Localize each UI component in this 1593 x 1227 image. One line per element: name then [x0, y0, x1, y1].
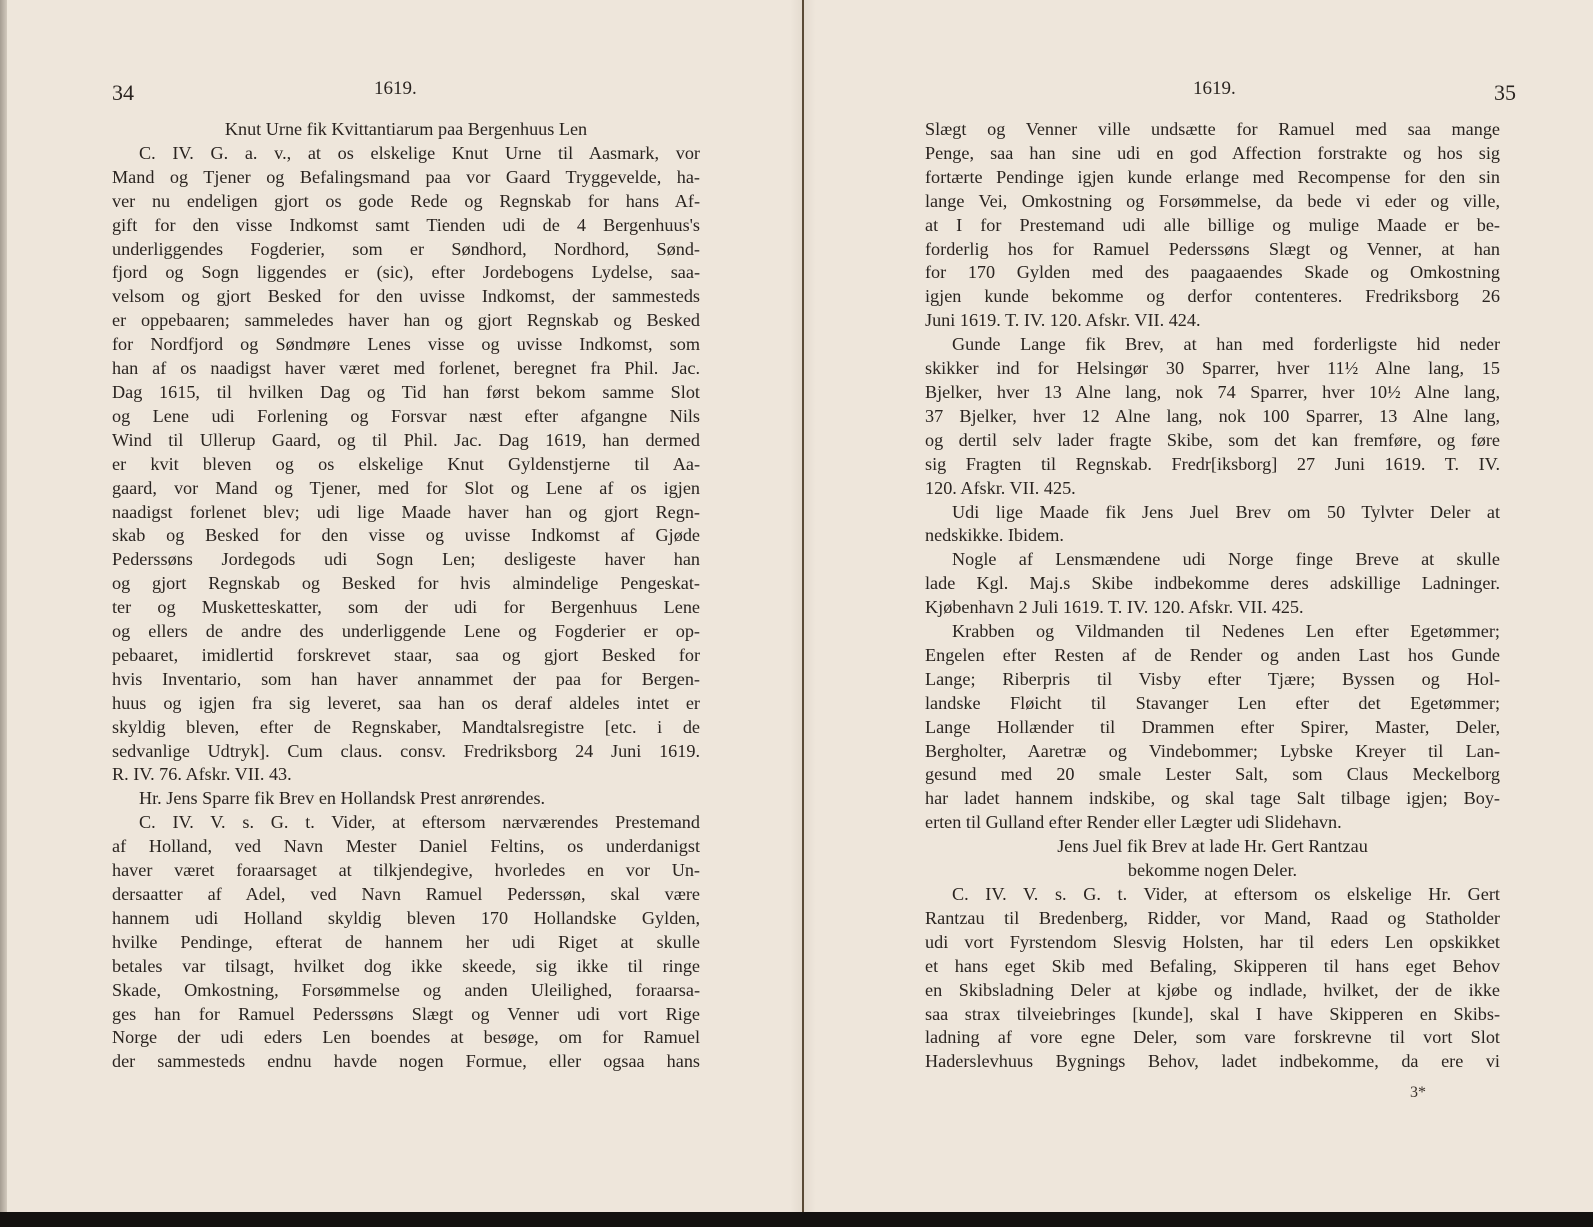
text-line: Gunde Lange fik Brev, at han med forderl… — [925, 333, 1500, 357]
text-line: skyldig bleven, efter de Regnskaber, Man… — [112, 716, 700, 740]
text-line: haver været foraarsaget at tilkjendegive… — [112, 859, 700, 883]
text-line: ladning af vore egne Deler, som vare for… — [925, 1026, 1500, 1050]
text-line: hvis Inventario, som han haver annammet … — [112, 668, 700, 692]
scan-bottom-edge — [0, 1212, 1593, 1227]
text-line: hannem udi Holland skyldig bleven 170 Ho… — [112, 907, 700, 931]
text-line: gaard, vor Mand og Tjener, med for Slot … — [112, 477, 700, 501]
text-line: Jens Juel fik Brev at lade Hr. Gert Rant… — [925, 835, 1500, 859]
text-line: Juni 1619. T. IV. 120. Afskr. VII. 424. — [925, 309, 1500, 333]
text-line: sedvanlige Udtryk]. Cum claus. consv. Fr… — [112, 740, 700, 764]
text-line: erten til Gulland efter Render eller Læg… — [925, 811, 1500, 835]
text-line: Hr. Jens Sparre fik Brev en Hollandsk Pr… — [112, 787, 700, 811]
page-edge — [0, 0, 7, 1212]
text-line: 37 Bjelker, hver 12 Alne lang, nok 100 S… — [925, 405, 1500, 429]
text-line: C. IV. G. a. v., at os elskelige Knut Ur… — [112, 142, 700, 166]
text-line: Bjelker, hver 13 Alne lang, nok 74 Sparr… — [925, 381, 1500, 405]
text-line: ter og Musketteskatter, som der udi for … — [112, 596, 700, 620]
text-line: betales var tilsagt, hvilket dog ikke sk… — [112, 955, 700, 979]
text-line: lange Vei, Omkostning og Forsømmelse, da… — [925, 190, 1500, 214]
text-line: igjen kunde bekomme og derfor contentere… — [925, 285, 1500, 309]
text-line: og dertil selv lader fragte Skibe, som d… — [925, 429, 1500, 453]
text-line: for Nordfjord og Søndmøre Lenes visse og… — [112, 333, 700, 357]
text-line: Mand og Tjener og Befalingsmand paa vor … — [112, 166, 700, 190]
text-line: har ladet hannem indskibe, og skal tage … — [925, 787, 1500, 811]
text-line: en Skibsladning Deler at kjøbe og indlad… — [925, 979, 1500, 1003]
text-line: Lange; Riberpris til Visby efter Tjære; … — [925, 668, 1500, 692]
text-line: og gjort Regnskab og Besked for hvis alm… — [112, 572, 700, 596]
text-line: Krabben og Vildmanden til Nedenes Len ef… — [925, 620, 1500, 644]
text-line: at I for Prestemand udi alle billige og … — [925, 214, 1500, 238]
text-line: Bergholter, Aaretræ og Vindebommer; Lybs… — [925, 740, 1500, 764]
text-line: Engelen efter Resten af de Render og and… — [925, 644, 1500, 668]
text-line: udi vort Fyrstendom Slesvig Holsten, har… — [925, 931, 1500, 955]
text-line: sig Fragten til Regnskab. Fredr[iksborg]… — [925, 453, 1500, 477]
left-page: 34 1619. Knut Urne fik Kvittantiarum paa… — [112, 78, 700, 1074]
text-line: underliggendes Fogderier, som er Søndhor… — [112, 238, 700, 262]
text-line: velsom og gjort Besked for den uvisse In… — [112, 285, 700, 309]
text-line: Udi lige Maade fik Jens Juel Brev om 50 … — [925, 501, 1500, 525]
text-line: Pederssøns Jordegods udi Sogn Len; desli… — [112, 548, 700, 572]
text-line: Haderslevhuus Bygnings Behov, ladet indb… — [925, 1050, 1500, 1074]
book-gutter — [802, 0, 804, 1212]
text-line: Nogle af Lensmændene udi Norge finge Bre… — [925, 548, 1500, 572]
text-line: Kjøbenhavn 2 Juli 1619. T. IV. 120. Afsk… — [925, 596, 1500, 620]
text-line: skikker ind for Helsingør 30 Sparrer, hv… — [925, 357, 1500, 381]
text-line: gift for den visse Indkomst samt Tienden… — [112, 214, 700, 238]
text-line: C. IV. V. s. G. t. Vider, at eftersom os… — [925, 883, 1500, 907]
text-line: saa strax tilveiebringes [kunde], skal I… — [925, 1003, 1500, 1027]
text-line: Knut Urne fik Kvittantiarum paa Bergenhu… — [112, 118, 700, 142]
text-line: af Holland, ved Navn Mester Daniel Felti… — [112, 835, 700, 859]
text-line: Slægt og Venner ville undsætte for Ramue… — [925, 118, 1500, 142]
text-line: dersaatter af Adel, ved Navn Ramuel Pede… — [112, 883, 700, 907]
text-line: C. IV. V. s. G. t. Vider, at eftersom næ… — [112, 811, 700, 835]
running-head-year: 1619. — [374, 78, 417, 100]
text-line: er kvit bleven og os elskelige Knut Gyld… — [112, 453, 700, 477]
text-line: han af os naadigst haver været med forle… — [112, 357, 700, 381]
text-line: huus og igjen fra sig leveret, saa han o… — [112, 692, 700, 716]
text-line: landske Fløicht til Stavanger Len efter … — [925, 692, 1500, 716]
text-line: gesund med 20 smale Lester Salt, som Cla… — [925, 763, 1500, 787]
text-line: ges han for Ramuel Pederssøns Slægt og V… — [112, 1003, 700, 1027]
text-line: Rantzau til Bredenberg, Ridder, vor Mand… — [925, 907, 1500, 931]
text-line: lade Kgl. Maj.s Skibe indbekomme deres a… — [925, 572, 1500, 596]
text-line: fjord og Sogn liggendes er (sic), efter … — [112, 261, 700, 285]
text-line: fortærte Pendinge igjen kunde erlange me… — [925, 166, 1500, 190]
text-line: og Lene udi Forlening og Forsvar næst ef… — [112, 405, 700, 429]
text-line: Dag 1615, til hvilken Dag og Tid han før… — [112, 381, 700, 405]
text-line: Norge der udi eders Len boendes at besøg… — [112, 1026, 700, 1050]
page-body: Knut Urne fik Kvittantiarum paa Bergenhu… — [112, 118, 700, 1074]
right-page: 1619. 35 Slægt og Venner ville undsætte … — [925, 78, 1500, 1074]
text-line: ver nu endeligen gjort os gode Rede og R… — [112, 190, 700, 214]
running-head: 34 1619. — [112, 78, 700, 108]
text-line: er oppebaaren; sammeledes haver han og g… — [112, 309, 700, 333]
text-line: pebaaret, imidlertid forskrevet staar, s… — [112, 644, 700, 668]
text-line: skab og Besked for den visse og uvisse I… — [112, 524, 700, 548]
text-line: R. IV. 76. Afskr. VII. 43. — [112, 763, 700, 787]
page-number: 35 — [1494, 80, 1516, 106]
text-line: bekomme nogen Deler. — [925, 859, 1500, 883]
page-body: Slægt og Venner ville undsætte for Ramue… — [925, 118, 1500, 1074]
running-head-year: 1619. — [1193, 78, 1236, 100]
running-head: 1619. 35 — [925, 78, 1500, 108]
text-line: nedskikke. Ibidem. — [925, 524, 1500, 548]
text-line: naadigst forlenet blev; udi lige Maade h… — [112, 501, 700, 525]
text-line: og ellers de andre des underliggende Len… — [112, 620, 700, 644]
text-line: Lange Hollænder til Drammen efter Spirer… — [925, 716, 1500, 740]
text-line: hvilke Pendinge, efterat de hannem her u… — [112, 931, 700, 955]
text-line: 120. Afskr. VII. 425. — [925, 477, 1500, 501]
page-number: 34 — [112, 80, 134, 106]
text-line: der sammesteds endnu havde nogen Formue,… — [112, 1050, 700, 1074]
text-line: Penge, saa han sine udi en god Affection… — [925, 142, 1500, 166]
text-line: Wind til Ullerup Gaard, og til Phil. Jac… — [112, 429, 700, 453]
text-line: et hans eget Skib med Befaling, Skippere… — [925, 955, 1500, 979]
text-line: forderlig hos for Ramuel Pederssøns Slæg… — [925, 238, 1500, 262]
text-line: for 170 Gylden med des paagaaendes Skade… — [925, 261, 1500, 285]
signature-mark: 3* — [1410, 1084, 1426, 1102]
text-line: Skade, Omkostning, Forsømmelse og anden … — [112, 979, 700, 1003]
book-spread: 34 1619. Knut Urne fik Kvittantiarum paa… — [0, 0, 1593, 1212]
